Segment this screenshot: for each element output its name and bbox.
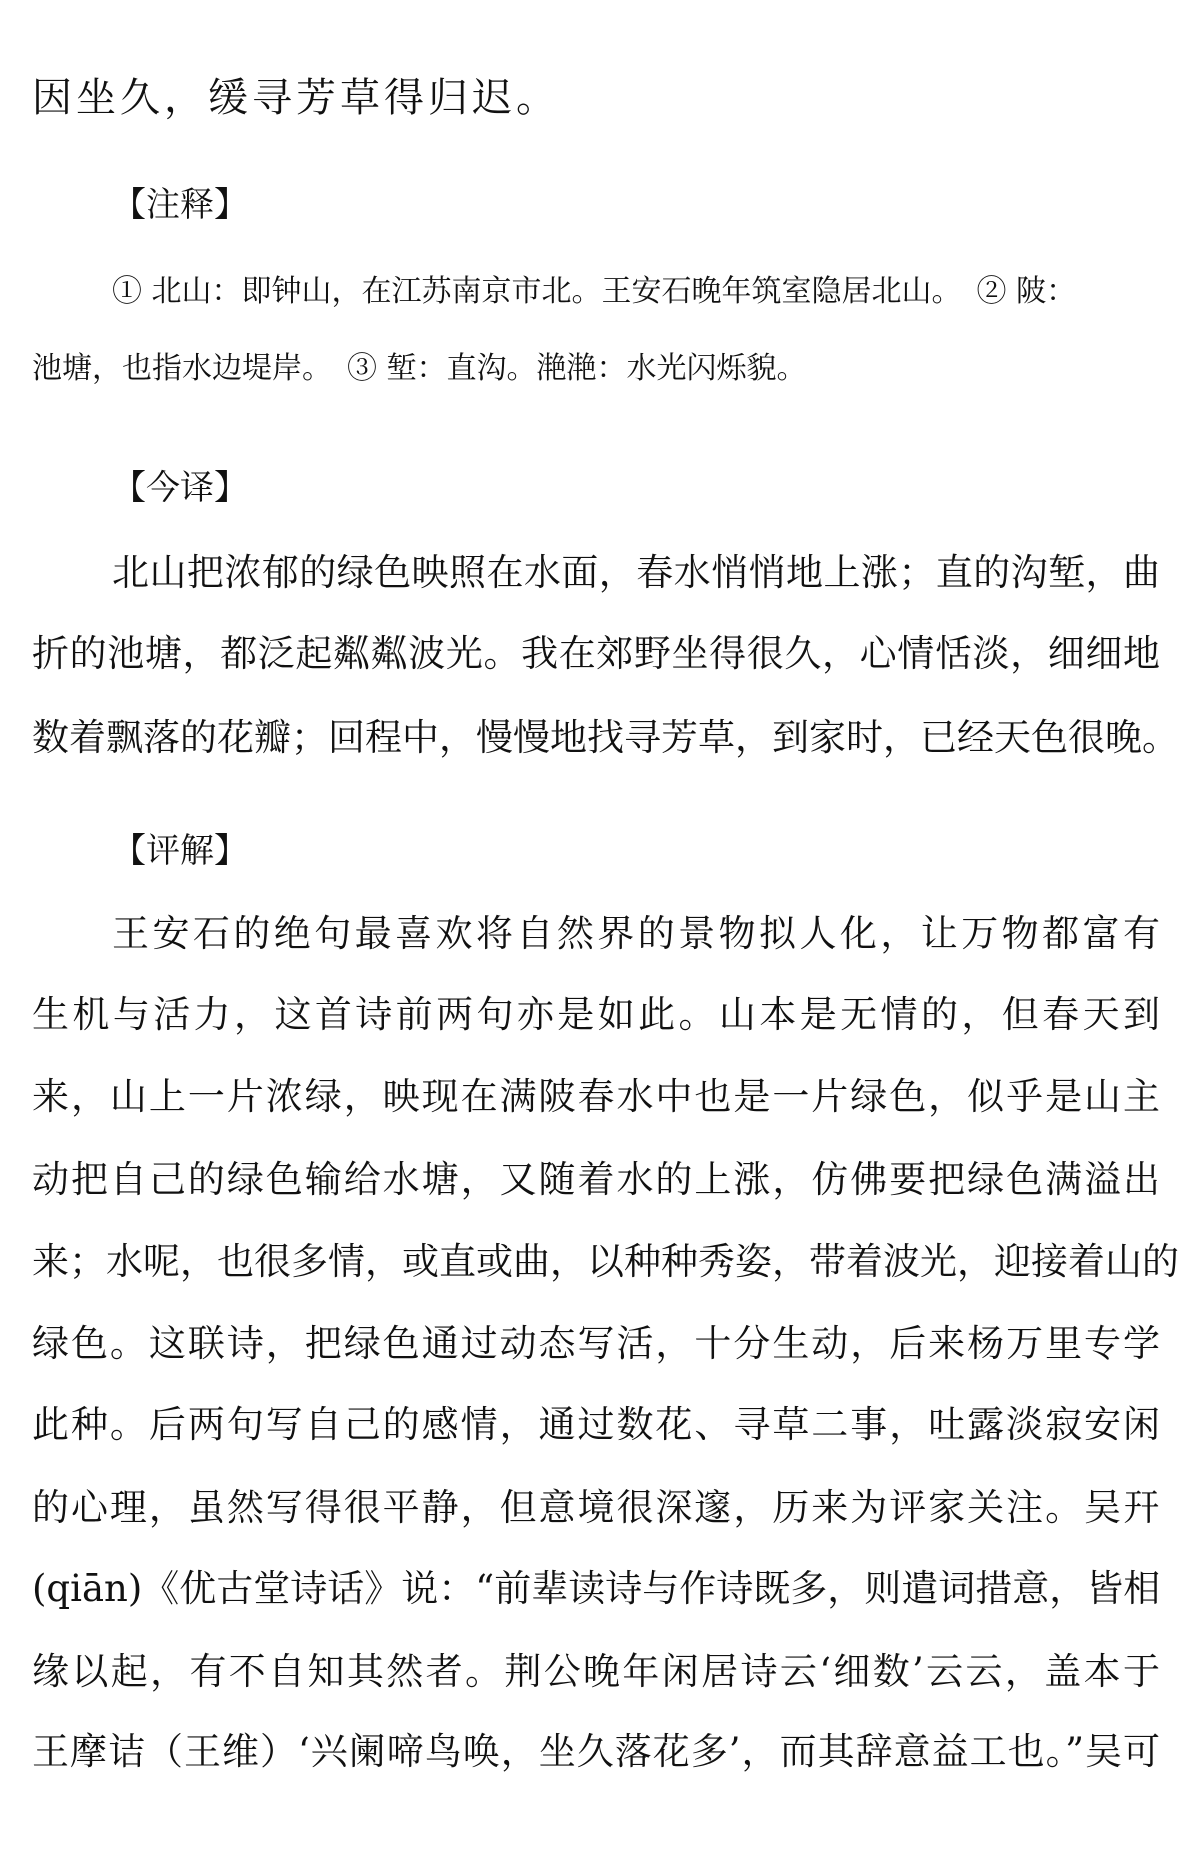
note-line: ① 北山：即钟山，在江苏南京市北。王安石晚年筑室隐居北山。 ② 陂： (112, 273, 1076, 311)
commentary-line: 王安石的绝句最喜欢将自然界的景物拟人化，让万物都富有 (112, 912, 1160, 956)
commentary-line: (qiān)《优古堂诗话》说：“前辈读诗与作诗既多，则遣词措意，皆相 (32, 1567, 1160, 1611)
commentary-line: 缘以起，有不自知其然者。荆公晚年闲居诗云‘细数’云云，盖本于 (32, 1650, 1160, 1694)
commentary-line: 此种。后两句写自己的感情，通过数花、寻草二事，吐露淡寂安闲 (32, 1403, 1160, 1447)
commentary-line: 来，山上一片浓绿，映现在满陂春水中也是一片绿色，似乎是山主 (32, 1075, 1160, 1119)
translation-line: 北山把浓郁的绿色映照在水面，春水悄悄地上涨；直的沟堑，曲 (112, 551, 1160, 595)
commentary-heading: 【评解】 (112, 831, 248, 871)
note-line: 池塘，也指水边堤岸。 ③ 堑：直沟。滟滟：水光闪烁貌。 (32, 350, 807, 388)
commentary-line: 绿色。这联诗，把绿色通过动态写活，十分生动，后来杨万里专学 (32, 1322, 1160, 1366)
commentary-line: 的心理，虽然写得很平静，但意境很深邃，历来为评家关注。吴幵 (32, 1486, 1160, 1530)
translation-line: 数着飘落的花瓣；回程中，慢慢地找寻芳草，到家时，已经天色很晚。 (32, 716, 1160, 760)
translation-heading: 【今译】 (112, 468, 248, 508)
poem-last-line: 因坐久，缓寻芳草得归迟。 (32, 74, 560, 122)
commentary-line: 来；水呢，也很多情，或直或曲，以种种秀姿，带着波光，迎接着山的 (32, 1240, 1160, 1284)
translation-line: 折的池塘，都泛起粼粼波光。我在郊野坐得很久，心情恬淡，细细地 (32, 632, 1160, 676)
notes-heading: 【注释】 (112, 185, 248, 225)
commentary-line: 动把自己的绿色输给水塘，又随着水的上涨，仿佛要把绿色满溢出 (32, 1158, 1160, 1202)
commentary-line: 王摩诘（王维）‘兴阑啼鸟唤，坐久落花多’，而其辞意益工也。”吴可 (32, 1730, 1160, 1774)
commentary-line: 生机与活力，这首诗前两句亦是如此。山本是无情的，但春天到 (32, 993, 1160, 1037)
